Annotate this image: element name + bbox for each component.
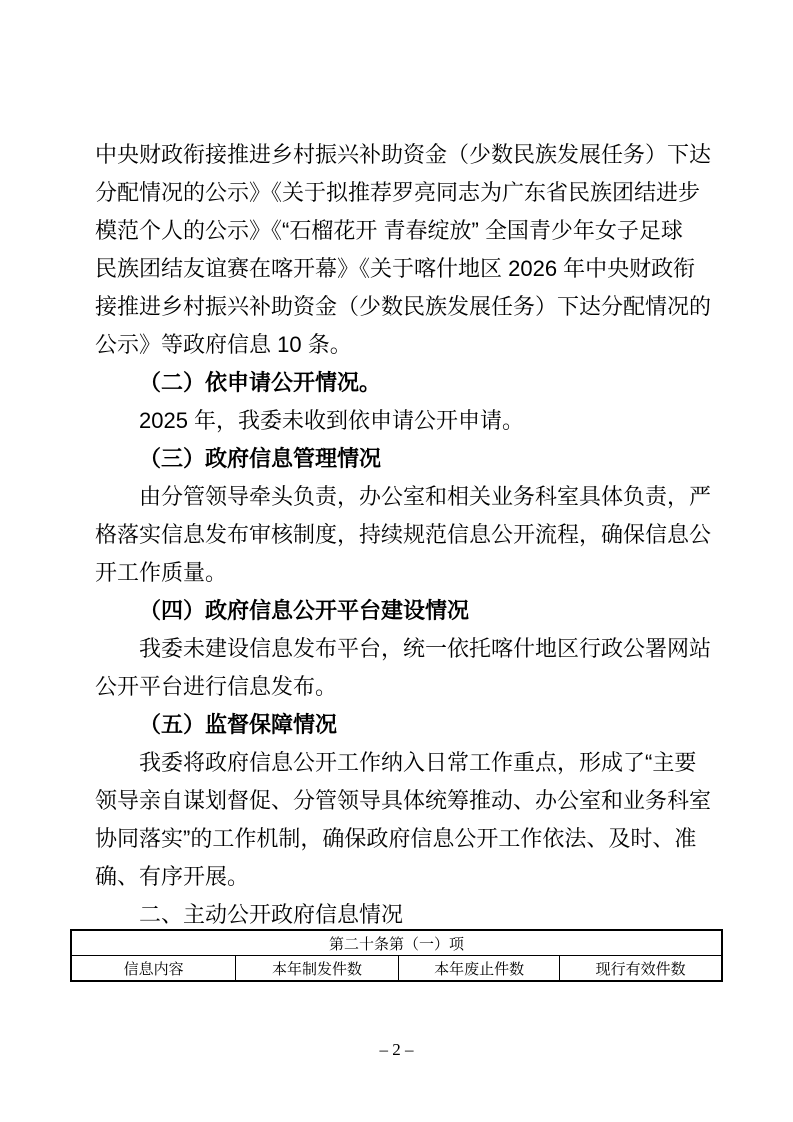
body-text-line: 由分管领导牵头负责，办公室和相关业务科室具体负责，严 [95,478,710,516]
table-header-row: 信息内容 本年制发件数 本年废止件数 现行有效件数 [71,956,722,982]
body-text-line: 领导亲自谋划督促、分管领导具体统筹推动、办公室和业务科室 [95,782,710,820]
body-text-line: 开工作质量。 [95,554,710,592]
body-text-line: 我委将政府信息公开工作纳入日常工作重点，形成了“主要 [95,744,710,782]
table-header-cell: 信息内容 [71,956,236,982]
body-text-line: 确、有序开展。 [95,858,710,896]
body-text-line: 接推进乡村振兴补助资金（少数民族发展任务）下达分配情况的 [95,288,710,326]
body-text-line: 模范个人的公示》《“石榴花开 青春绽放” 全国青少年女子足球 [95,212,710,250]
body-text-line: 格落实信息发布审核制度，持续规范信息公开流程，确保信息公 [95,516,710,554]
table-header-cell: 现行有效件数 [560,956,722,982]
body-text-line: 我委未建设信息发布平台，统一依托喀什地区行政公署网站 [95,630,710,668]
body-text-line: 公开平台进行信息发布。 [95,668,710,706]
body-text-line: 民族团结友谊赛在喀开幕》《关于喀什地区 2026 年中央财政衔 [95,250,710,288]
table-header-cell: 本年制发件数 [236,956,399,982]
table-header-cell: 本年废止件数 [398,956,559,982]
body-text-line: 协同落实”的工作机制，确保政府信息公开工作依法、及时、准 [95,820,710,858]
heading-section-5: （五）监督保障情况 [95,706,710,744]
statistics-table: 第二十条第（一）项 信息内容 本年制发件数 本年废止件数 现行有效件数 [70,929,723,982]
document-page: 中央财政衔接推进乡村振兴补助资金（少数民族发展任务）下达 分配情况的公示》《关于… [0,0,793,1122]
body-text-line: 2025 年，我委未收到依申请公开申请。 [95,402,710,440]
heading-section-4: （四）政府信息公开平台建设情况 [95,592,710,630]
document-body: 中央财政衔接推进乡村振兴补助资金（少数民族发展任务）下达 分配情况的公示》《关于… [95,136,710,934]
heading-section-3: （三）政府信息管理情况 [95,440,710,478]
body-text-line: 分配情况的公示》《关于拟推荐罗亮同志为广东省民族团结进步 [95,174,710,212]
body-text-line: 中央财政衔接推进乡村振兴补助资金（少数民族发展任务）下达 [95,136,710,174]
page-number: – 2 – [0,1040,793,1060]
body-text-line: 公示》等政府信息 10 条。 [95,326,710,364]
table-title-row: 第二十条第（一）项 [71,930,722,956]
table-title: 第二十条第（一）项 [71,930,722,956]
heading-section-2: （二）依申请公开情况。 [95,364,710,402]
